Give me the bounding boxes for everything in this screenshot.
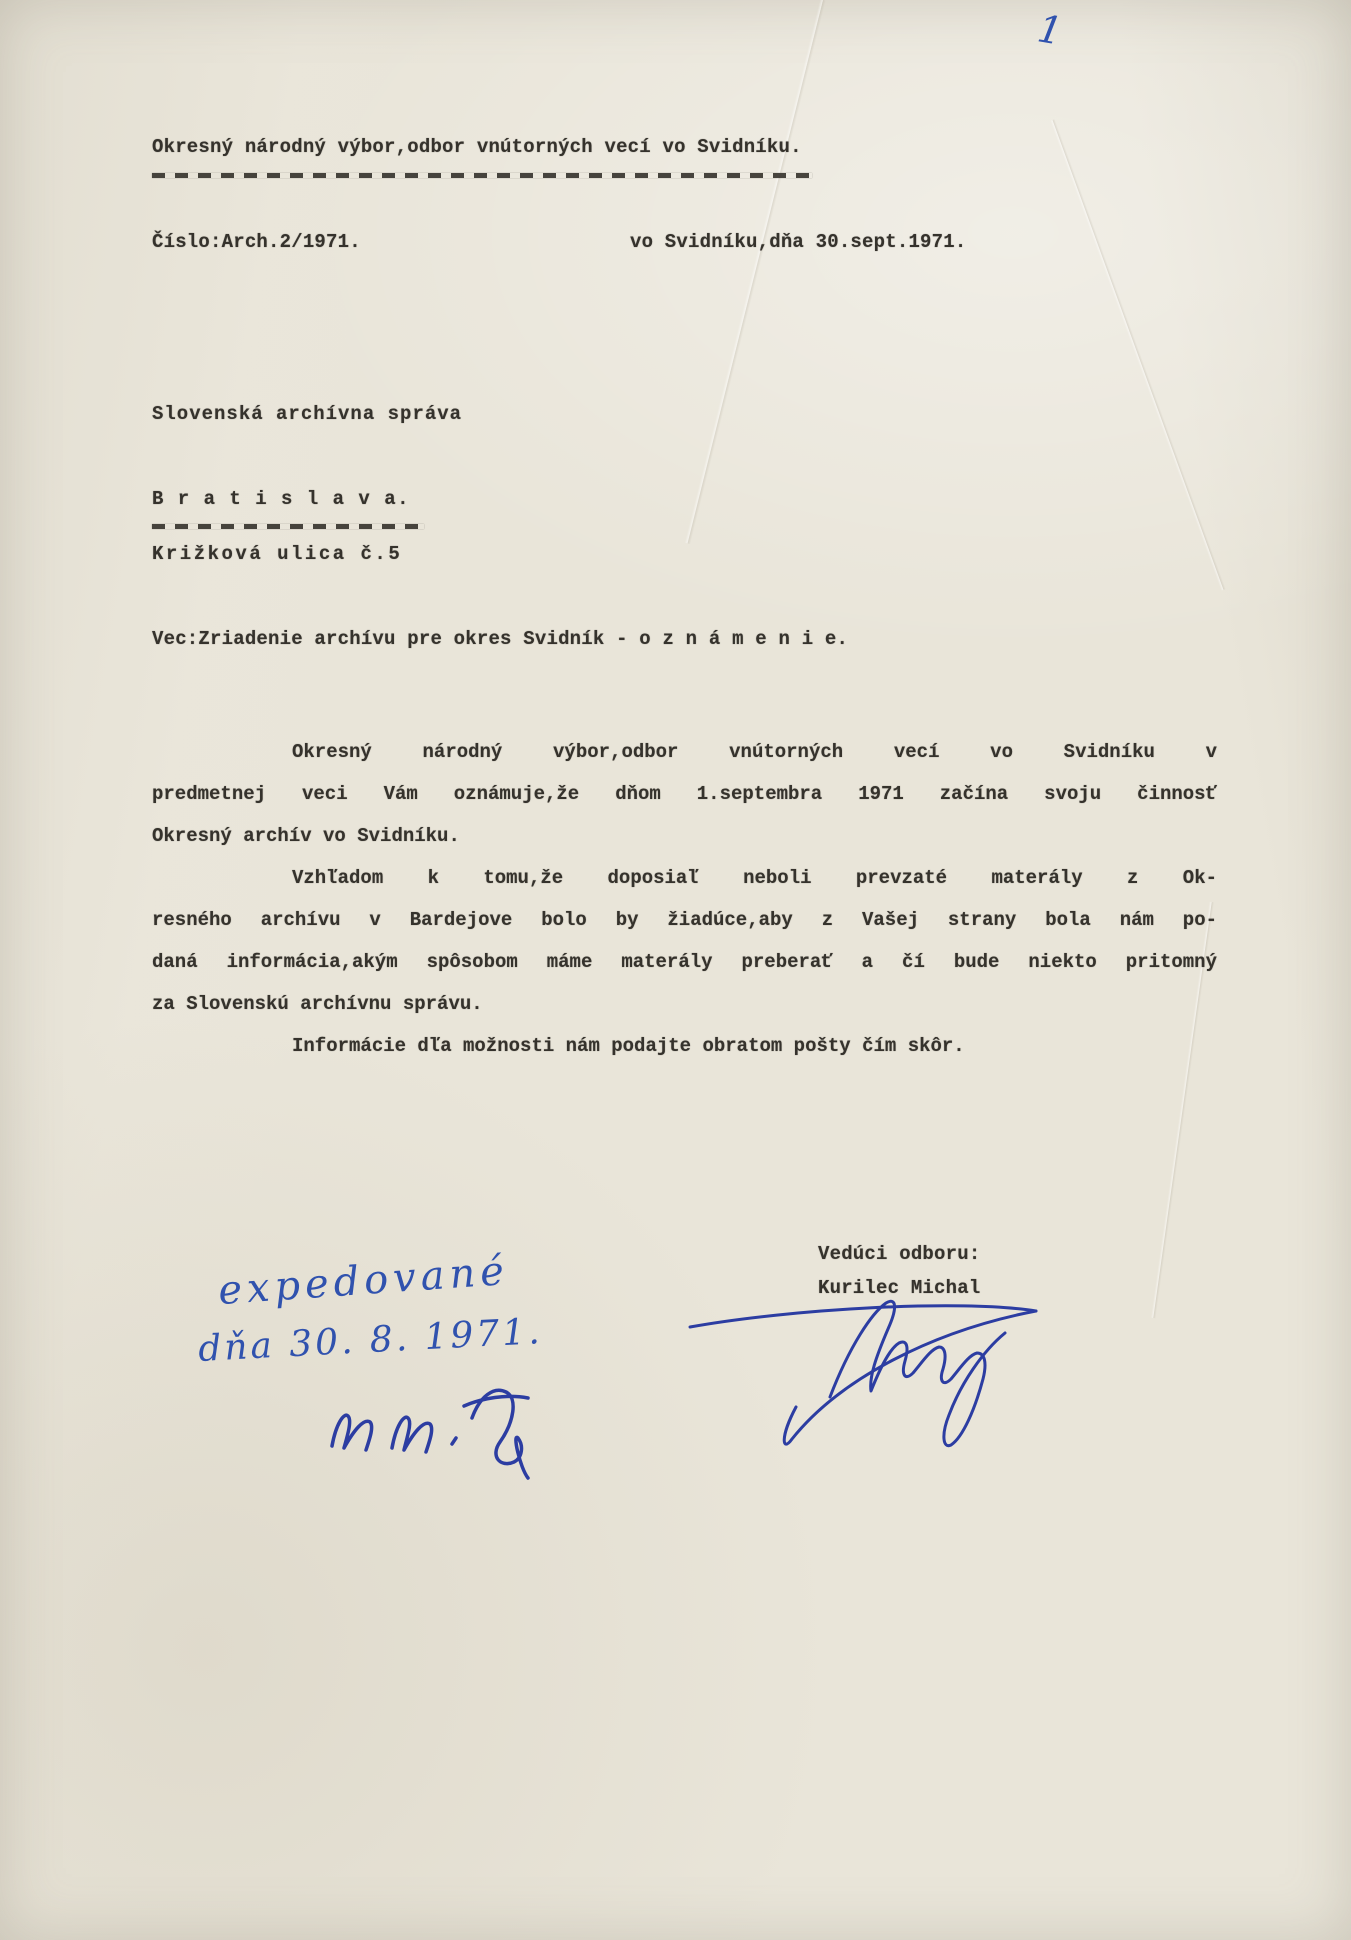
paper-crease: [685, 0, 826, 544]
letter-page: 1 Okresný národný výbor,odbor vnútorných…: [0, 0, 1351, 1940]
recipient-city: B r a t i s l a v a.: [152, 488, 410, 510]
body-line: za Slovenskú archívnu správu.: [152, 992, 1217, 1034]
dispatch-note-line2: dňa 30. 8. 1971.: [197, 1311, 543, 1370]
reference-number: Číslo:Arch.2/1971.: [152, 231, 361, 253]
body-line: Okresný archív vo Svidníku.: [152, 824, 1217, 866]
signature-ink: [670, 1285, 1090, 1460]
letterhead-office-line: Okresný národný výbor,odbor vnútorných v…: [152, 136, 802, 158]
letterhead-underline: [152, 173, 812, 178]
signer-title: Vedúci odboru:: [818, 1243, 980, 1265]
body-line: resného archívu v Bardejove bolo by žiad…: [152, 908, 1217, 950]
place-date-line: vo Svidníku,dňa 30.sept.1971.: [630, 231, 966, 253]
recipient-street: Križková ulica č.5: [152, 543, 402, 565]
subject-line: Vec:Zriadenie archívu pre okres Svidník …: [152, 628, 848, 650]
body-line: daná informácia,akým spôsobom máme mater…: [152, 950, 1217, 992]
recipient-city-underline: [152, 524, 424, 529]
recipient-organization: Slovenská archívna správa: [152, 403, 462, 425]
dispatch-note-line1: expedované: [217, 1248, 511, 1314]
body-line: Informácie dľa možnosti nám podajte obra…: [152, 1034, 1217, 1076]
body-line: predmetnej veci Vám oznámuje,že dňom 1.s…: [152, 782, 1217, 824]
body-line: Okresný národný výbor,odbor vnútorných v…: [152, 740, 1217, 782]
paper-crease: [1050, 119, 1226, 591]
page-number: 1: [1034, 6, 1065, 54]
dispatch-initials-ink: [320, 1372, 560, 1487]
body-line: Vzhľadom k tomu,že doposiaľ neboli prevz…: [152, 866, 1217, 908]
